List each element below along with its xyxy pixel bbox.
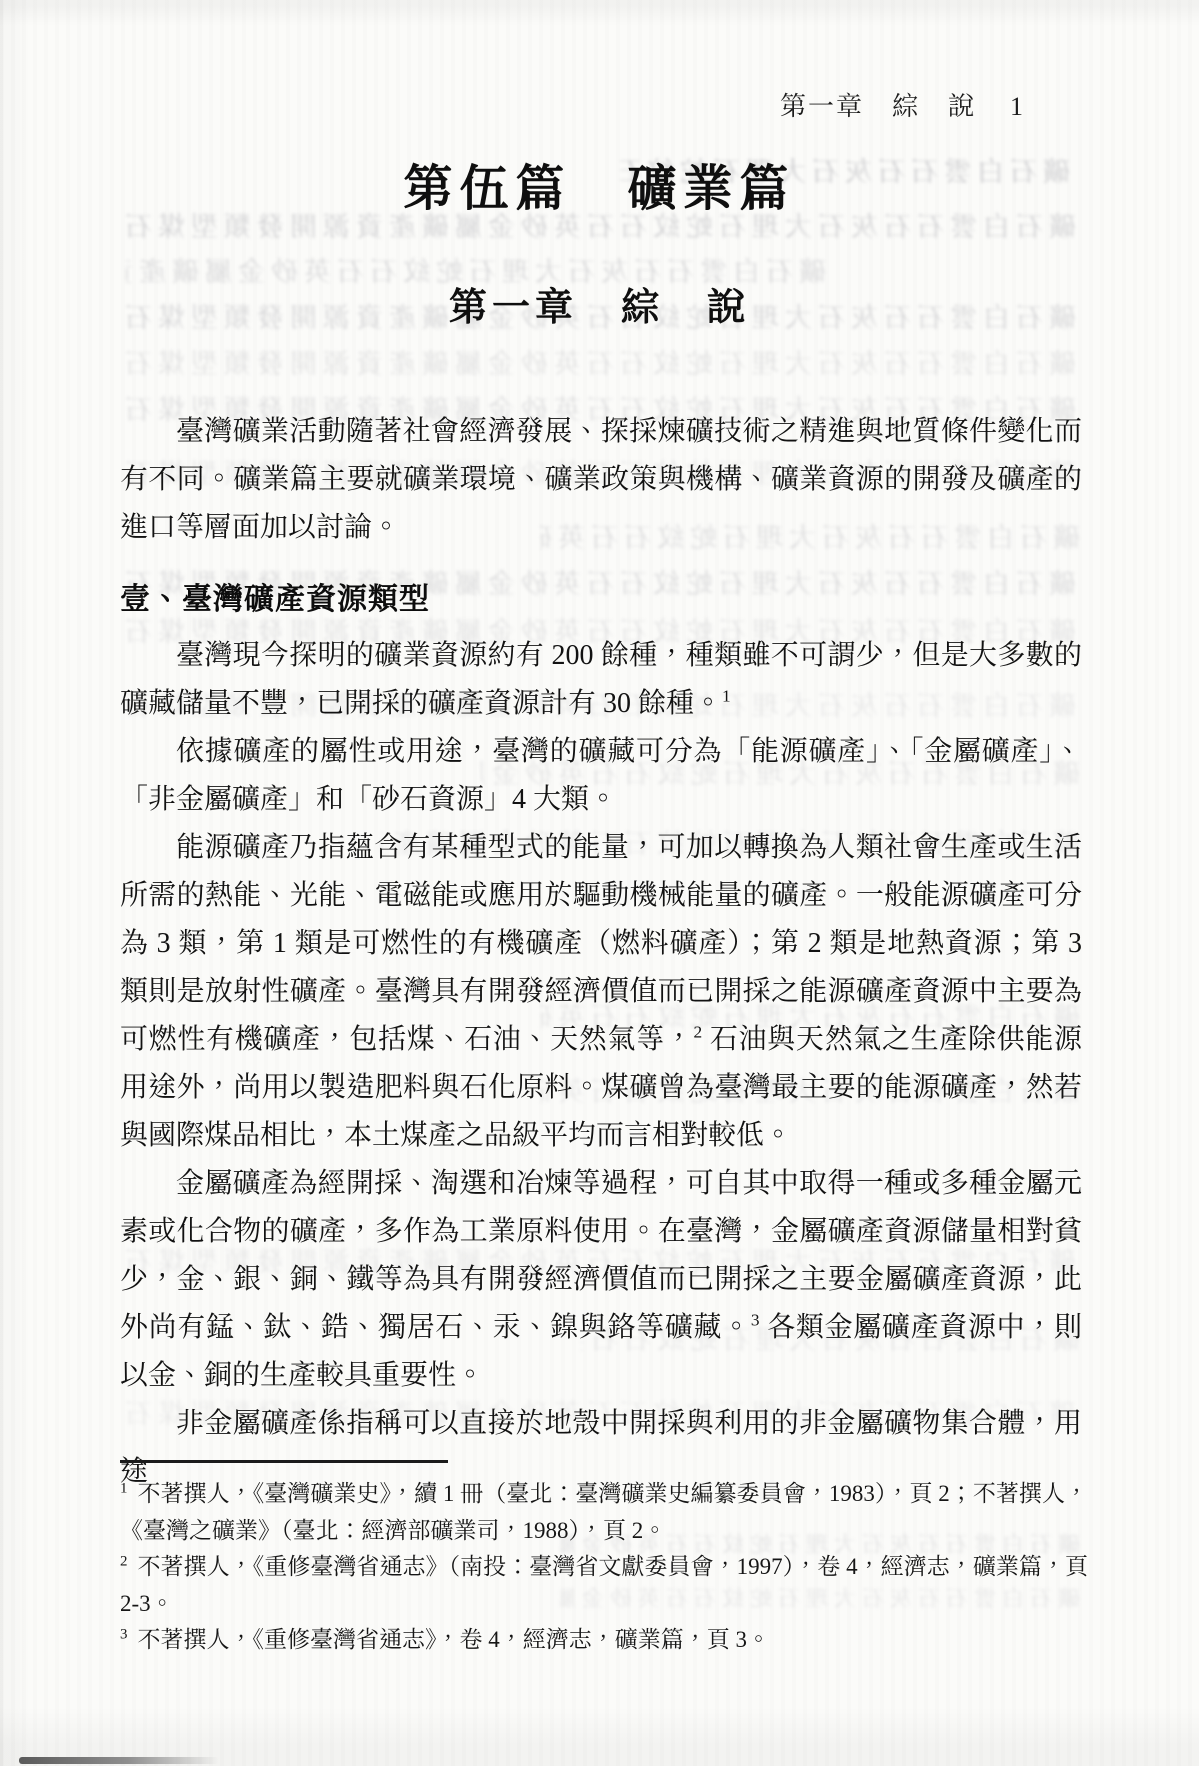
scanned-book-page: 礦石白雲石石灰石大理石蛇紋石石英砂金屬礦產資源開發類型煤石油天然氣礦業臺灣重要利… <box>0 0 1199 1766</box>
running-header: 第一章 綜 說1 <box>0 86 1023 123</box>
footnotes: 1不著撰人，《臺灣礦業史》，續 1 冊（臺北：臺灣礦業史編纂委員會，1983），… <box>120 1476 1088 1659</box>
footnote-reference: 3 <box>751 1311 760 1330</box>
body-paragraph: 金屬礦產為經開採、淘選和冶煉等過程，可自其中取得一種或多種金屬元素或化合物的礦產… <box>120 1160 1082 1400</box>
footnote: 2不著撰人，《重修臺灣省通志》（南投：臺灣省文獻委員會，1997），卷 4，經濟… <box>120 1549 1088 1622</box>
footnote-separator <box>120 1460 448 1463</box>
scan-artifact-bottom-streak <box>19 1757 219 1764</box>
body-paragraph: 依據礦產的屬性或用途，臺灣的礦藏可分為「能源礦產」、「金屬礦產」、「非金屬礦產」… <box>120 728 1082 824</box>
running-header-title: 第一章 綜 說 <box>780 92 976 121</box>
body-paragraph: 臺灣現今探明的礦業資源約有 200 餘種，種類雖不可謂少，但是大多數的礦藏儲量不… <box>120 632 1082 728</box>
chapter-title: 第一章 綜 說 <box>0 276 1199 331</box>
footnote: 3不著撰人，《重修臺灣省通志》，卷 4，經濟志，礦業篇，頁 3。 <box>120 1622 1088 1659</box>
body-paragraph: 能源礦產乃指蘊含有某種型式的能量，可加以轉換為人類社會生產或生活所需的熱能、光能… <box>120 824 1082 1160</box>
footnote-marker: 3 <box>120 1626 127 1642</box>
body-paragraph: 臺灣礦業活動隨著社會經濟發展、探採煉礦技術之精進與地質條件變化而有不同。礦業篇主… <box>120 408 1082 552</box>
page-number: 1 <box>1010 92 1023 122</box>
footnote: 1不著撰人，《臺灣礦業史》，續 1 冊（臺北：臺灣礦業史編纂委員會，1983），… <box>120 1476 1088 1549</box>
footnote-marker: 1 <box>120 1480 127 1496</box>
footnote-reference: 1 <box>722 687 731 706</box>
body-text: 臺灣礦業活動隨著社會經濟發展、探採煉礦技術之精進與地質條件變化而有不同。礦業篇主… <box>120 408 1082 1496</box>
footnote-reference: 2 <box>694 1023 703 1042</box>
footnote-marker: 2 <box>120 1553 127 1569</box>
section-heading: 壹、臺灣礦產資源類型 <box>120 578 1082 622</box>
part-title: 第伍篇 礦業篇 <box>0 150 1199 220</box>
bleedthrough-line: 礦石白雲石石灰石大理石蛇紋石石英砂金屬礦產資源開發類型煤石油天然氣礦業臺灣重要利… <box>126 342 1076 381</box>
